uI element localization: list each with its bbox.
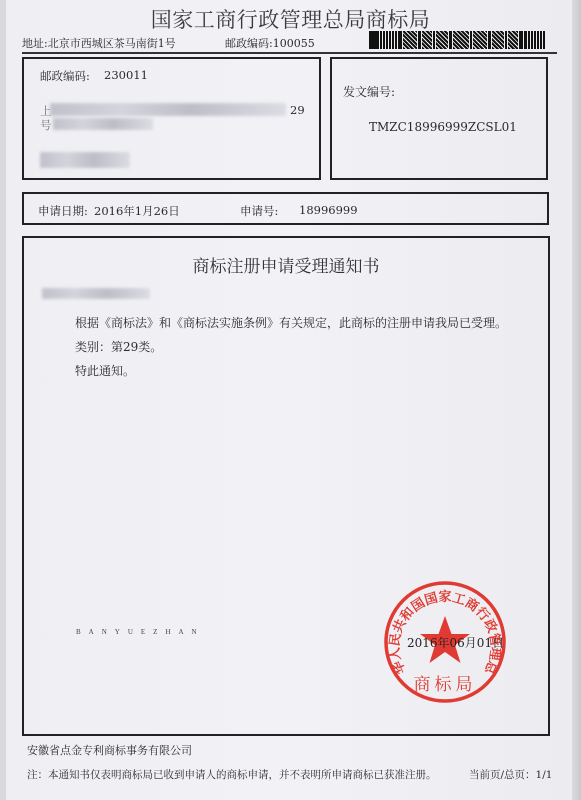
notice-body: 根据《商标法》和《商标法实施条例》有关规定，此商标的注册申请我局已受理。 [75,314,507,331]
footer-note: 注：本通知书仅表明商标局已收到申请人的商标申请，并不表明所申请商标已获准注册。 [27,767,437,782]
document-number-label: 发文编号: [343,83,395,100]
seal-center-text: 商标局 [414,675,477,695]
application-info-box: 申请日期: 2016年1月26日 申请号: 18996999 [22,192,549,225]
2d-barcode-icon [369,31,555,49]
notice-category: 类别：第29类。 [75,338,162,355]
address-line2-start: 号 [40,117,52,133]
document-number-box: 发文编号: TMZC18996999ZCSL01 [330,57,548,180]
application-date-label: 申请日期: [38,203,88,219]
application-number-value: 18996999 [299,203,358,217]
address-line1-end: 29 [290,103,305,117]
agent-company: 安徽省点金专利商标事务有限公司 [27,742,192,758]
scan-edge-shadow [572,0,581,800]
document-number-value: TMZC18996999ZCSL01 [369,120,517,134]
redacted-addressee [42,288,150,299]
redacted-address-line1 [50,103,286,116]
recipient-postcode-value: 230011 [104,68,148,82]
recipient-postcode-label: 邮政编码: [40,68,90,84]
application-number-label: 申请号: [240,203,278,219]
issuer-address: 地址:北京市西城区茶马南街1号 [22,35,176,51]
recipient-box: 邮政编码: 230011 上 29 号 [22,57,321,180]
issuer-title: 国家工商行政管理总局商标局 [0,4,581,34]
notice-closing: 特此通知。 [75,362,135,379]
redacted-company-name [40,152,130,168]
redacted-address-line2 [53,118,153,130]
header-divider [22,52,557,54]
issuer-postcode: 邮政编码:100055 [225,35,315,51]
notice-title: 商标注册申请受理通知书 [24,252,548,277]
application-date-value: 2016年1月26日 [94,203,180,219]
watermark: BANYUEZHAN [76,628,205,636]
page-indicator: 当前页/总页：1/1 [469,767,552,782]
notice-date: 2016年06月01日 [407,634,504,651]
